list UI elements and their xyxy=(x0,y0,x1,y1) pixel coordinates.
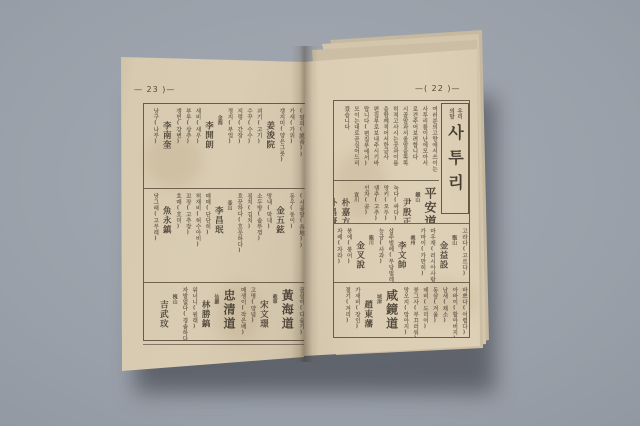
text-segment: 수꾸(수수) xyxy=(245,108,251,145)
subtitle-left-column: 의말 xyxy=(448,108,454,119)
text-segment: 망키(모두) xyxy=(382,185,388,222)
text-segment: 갱지미(양은그릇) xyxy=(278,108,284,163)
intro-band: 여러분의고향에서쓰이는사투리를이난에모아서로견주어보려합니다시골말과서울말을똑똑… xyxy=(334,102,439,180)
text-segment: 자레(자라) xyxy=(335,228,341,265)
text-segment: 괴기(고기) xyxy=(255,108,261,145)
text-segment: 가마이(가만히) xyxy=(419,228,425,277)
left-page-number: — 23 )— xyxy=(134,85,175,94)
text-segment: 槐山 xyxy=(171,294,176,304)
text-segment: 망오지(망아지) xyxy=(402,287,408,336)
text-segment: 매생이(작은배) xyxy=(239,287,245,336)
text-segment: 朴昌賢 xyxy=(334,198,336,223)
section-hamgyeong: 바쁘다(어렵다)아바이(할아버지)남새(채소)동삼(겨울)데비(도리어)붓그사(… xyxy=(334,282,469,337)
text-segment: 李南奎 xyxy=(161,121,170,150)
text-segment: 바쁘다(어렵다) xyxy=(460,287,466,336)
text-segment: 朴嘉方 xyxy=(340,198,349,223)
photo-backdrop: —( 22 )— 우리 의말 사투리 여러분의고향에서쓰이는사투리를이난에모아서… xyxy=(0,0,640,426)
text-segment: 李開朗 xyxy=(204,121,213,150)
right-table: 우리 의말 사투리 여러분의고향에서쓰이는사투리를이난에모아서로견주어보려합니다… xyxy=(333,100,470,338)
text-segment: 고라다(고르다) xyxy=(460,228,466,277)
text-segment: 林勝鎬 xyxy=(200,300,209,329)
text-segment: 咸鏡道 xyxy=(385,289,398,331)
text-segment: 부루(상추) xyxy=(184,108,190,145)
text-segment: 히적고사시는곳과이름 xyxy=(391,106,397,166)
text-segment: 趙東藩 xyxy=(363,300,372,329)
text-segment: 로견주어보려합니다 xyxy=(411,106,417,160)
text-segment: 지렁(간장) xyxy=(235,108,241,145)
text-segment: 호매(호미) xyxy=(174,193,180,230)
text-segment: 매매(단단히) xyxy=(204,193,210,236)
left-table-row-1: (말의(訛音))가새(가위)갱지미(양은그릇)姜浚院괴기(고기)수꾸(수수)지렁… xyxy=(144,104,306,188)
text-segment: 을함께적어서한글사 xyxy=(381,106,387,160)
text-segment: 釜山 xyxy=(226,200,231,210)
text-segment: 平安道 xyxy=(423,187,436,223)
text-segment: 겠습니다 xyxy=(342,106,348,130)
text-segment: 여러분의고향에서쓰이는 xyxy=(430,106,436,172)
text-segment: 랍니다(편집부에서) xyxy=(362,106,368,167)
text-segment: (시골말(各地)) xyxy=(297,193,303,249)
right-page-number: —( 22 )— xyxy=(415,84,461,93)
text-segment: 붕에(붕어) xyxy=(345,228,351,265)
text-segment: 가새(가위) xyxy=(287,108,293,145)
text-segment: 소두방(솥뚜껑) xyxy=(255,193,261,242)
section-entries: 고라다(고르다)甑山金益設마우재(러시아사람)가마이(가만히)義州李文帥삽주벌레… xyxy=(334,223,469,282)
left-table-row-2: (시골말(各地))동우(동이)金五鉉망내(막내)소두방(솥뚜껑)짐치(김치)흐꾼… xyxy=(144,188,306,282)
section-pyeongan: 平安道鐵山尹殷正눅다(싸다)망키(모두)댕추(고추)인차(곧)宣川朴嘉方朴昌賢 xyxy=(334,180,439,223)
text-segment: 載寧 xyxy=(271,294,276,304)
text-segment: 자발없다(경솔하다) xyxy=(181,287,187,340)
right-page: —( 22 )— 우리 의말 사투리 여러분의고향에서쓰이는사투리를이난에모아서… xyxy=(296,30,496,360)
text-segment: 동삼(겨울) xyxy=(431,287,437,324)
title-box-subtitle: 우리 의말 xyxy=(448,108,462,119)
left-table: (말의(訛音))가새(가위)갱지미(양은그릇)姜浚院괴기(고기)수꾸(수수)지렁… xyxy=(143,103,307,341)
text-segment: 꼬장(고추장) xyxy=(184,193,190,236)
right-page-paper: —( 22 )— 우리 의말 사투리 여러분의고향에서쓰이는사투리를이난에모아서… xyxy=(296,30,496,360)
text-segment: 능금(사과) xyxy=(377,228,383,265)
text-segment: 李文帥 xyxy=(396,241,405,270)
text-segment: 金叉說 xyxy=(355,241,364,270)
text-segment: 편집부로보내주시기바 xyxy=(372,106,378,166)
text-segment: 정지(부엌) xyxy=(226,108,232,145)
text-segment: 남새(채소) xyxy=(441,287,447,324)
text-segment: 워너니(원래) xyxy=(190,287,196,330)
text-segment: 새비(새우) xyxy=(194,108,200,145)
text-segment: 시골말과서울말을똑똑 xyxy=(401,106,407,166)
text-segment: 마우재(러시아사람) xyxy=(428,228,434,282)
text-segment: 붓그사(부끄러워) xyxy=(411,287,417,337)
text-segment: 金海 xyxy=(216,115,221,125)
text-segment: 모이는대로곧실어드리 xyxy=(352,106,358,166)
text-segment: 姜浚院 xyxy=(265,121,274,150)
subtitle-right-column: 우리 xyxy=(456,108,462,119)
text-segment: 고명(양념) xyxy=(249,287,255,324)
text-segment: 동우(동이) xyxy=(287,193,293,230)
text-segment: 데비(도리어) xyxy=(421,287,427,330)
text-segment: 갱빈(강변) xyxy=(174,108,180,145)
text-segment: 당그래(고무래) xyxy=(152,193,158,242)
text-segment: 仙巖 xyxy=(213,294,218,304)
text-segment: 金益設 xyxy=(438,241,447,270)
text-segment: 城津 xyxy=(376,294,381,304)
text-segment: 宋文璟 xyxy=(258,300,267,329)
text-segment: 宣川 xyxy=(353,192,358,202)
page-title: 사투리 xyxy=(444,124,467,199)
text-segment: 가새비(장인) xyxy=(353,287,359,330)
text-segment: 吉武玟 xyxy=(158,300,167,329)
text-segment: 망내(막내) xyxy=(265,193,271,230)
text-segment: 尹殷正 xyxy=(401,198,410,223)
text-segment: 낭구(나무) xyxy=(152,108,158,145)
text-segment: 흐꾼하다(흐뭇하다) xyxy=(235,193,241,254)
text-segment: (말의(訛音)) xyxy=(297,108,303,158)
text-segment: 절기(겨리) xyxy=(343,287,349,324)
text-segment: 삽주벌레(무당벌레) xyxy=(387,228,393,282)
title-box: 우리 의말 사투리 xyxy=(441,103,469,214)
text-segment: 댕추(고추) xyxy=(372,185,378,222)
text-segment: 義州 xyxy=(409,235,414,245)
text-segment: 忠清道 xyxy=(222,289,235,331)
text-segment: 李昌珉 xyxy=(213,206,222,235)
text-segment: 허재비(허수아비) xyxy=(194,193,200,248)
text-segment: 짐치(김치) xyxy=(245,193,251,230)
text-segment: 金五鉉 xyxy=(275,206,284,235)
text-segment: 黃海道 xyxy=(281,289,294,331)
text-segment: 눅다(싸다) xyxy=(391,185,397,222)
text-segment: 甑山 xyxy=(451,235,456,245)
left-page: — 23 )— (말의(訛音))가새(가위)갱지미(양은그릇)姜浚院괴기(고기)… xyxy=(116,53,308,375)
text-segment: 사투리를이난에모아서 xyxy=(420,106,426,166)
text-segment: 魚永鎮 xyxy=(161,206,170,235)
text-segment: 곱살이(다슬기) xyxy=(297,287,303,336)
text-segment: 아바이(할아버지) xyxy=(450,287,456,337)
left-table-row-3: 곱살이(다슬기)黃海道載寧宋文璟고명(양념)매생이(작은배)忠清道仙巖林勝鎬워너… xyxy=(144,282,306,340)
text-segment: 인차(곧) xyxy=(362,185,368,216)
text-segment: 龍川 xyxy=(368,235,373,245)
open-book: —( 22 )— 우리 의말 사투리 여러분의고향에서쓰이는사투리를이난에모아서… xyxy=(0,0,640,426)
text-segment: 鐵山 xyxy=(414,192,419,202)
